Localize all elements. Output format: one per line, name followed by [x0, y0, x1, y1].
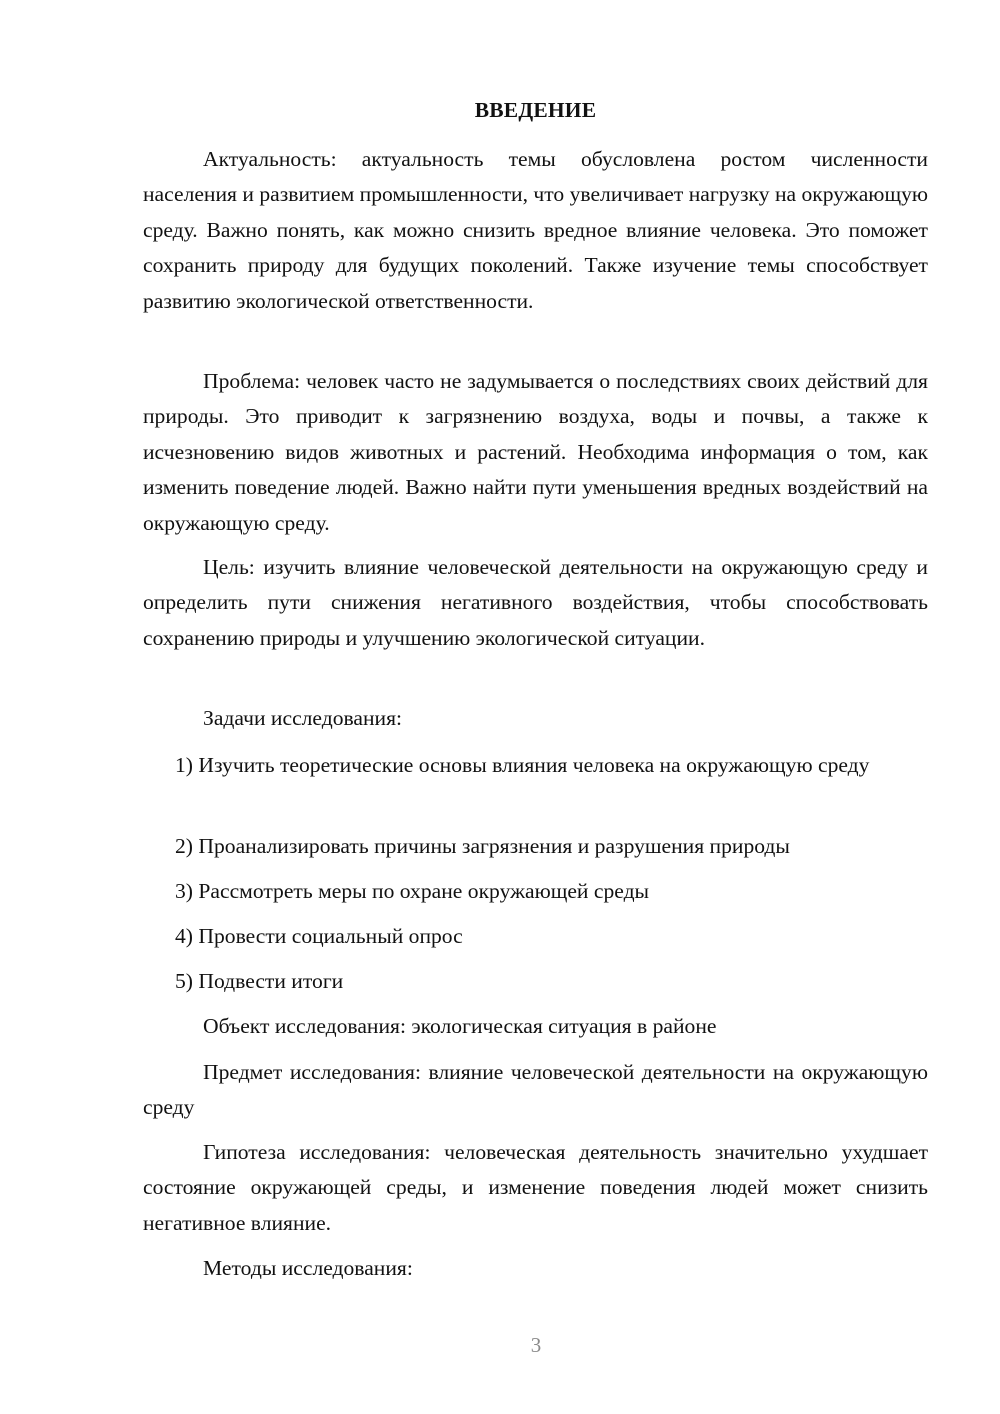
paragraph-subject: Предмет исследования: влияние человеческ… [143, 1055, 928, 1126]
paragraph-object: Объект исследования: экологическая ситуа… [143, 1009, 928, 1044]
task-item-3: 3) Рассмотреть меры по охране окружающей… [143, 874, 928, 909]
task-item-4: 4) Провести социальный опрос [143, 919, 928, 954]
page-title: ВВЕДЕНИЕ [143, 96, 928, 124]
methods-heading: Методы исследования: [143, 1251, 928, 1286]
paragraph-relevance: Актуальность: актуальность темы обусловл… [143, 142, 928, 319]
paragraph-hypothesis: Гипотеза исследования: человеческая деят… [143, 1135, 928, 1241]
page-number: 3 [0, 1333, 1000, 1358]
paragraph-problem: Проблема: человек часто не задумывается … [143, 364, 928, 541]
task-item-1: 1) Изучить теоретические основы влияния … [143, 748, 928, 783]
task-item-2: 2) Проанализировать причины загрязнения … [143, 829, 928, 864]
paragraph-goal: Цель: изучить влияние человеческой деяте… [143, 550, 928, 656]
tasks-heading: Задачи исследования: [143, 701, 928, 736]
document-page: ВВЕДЕНИЕ Актуальность: актуальность темы… [0, 0, 1000, 1414]
task-item-5: 5) Подвести итоги [143, 964, 928, 999]
